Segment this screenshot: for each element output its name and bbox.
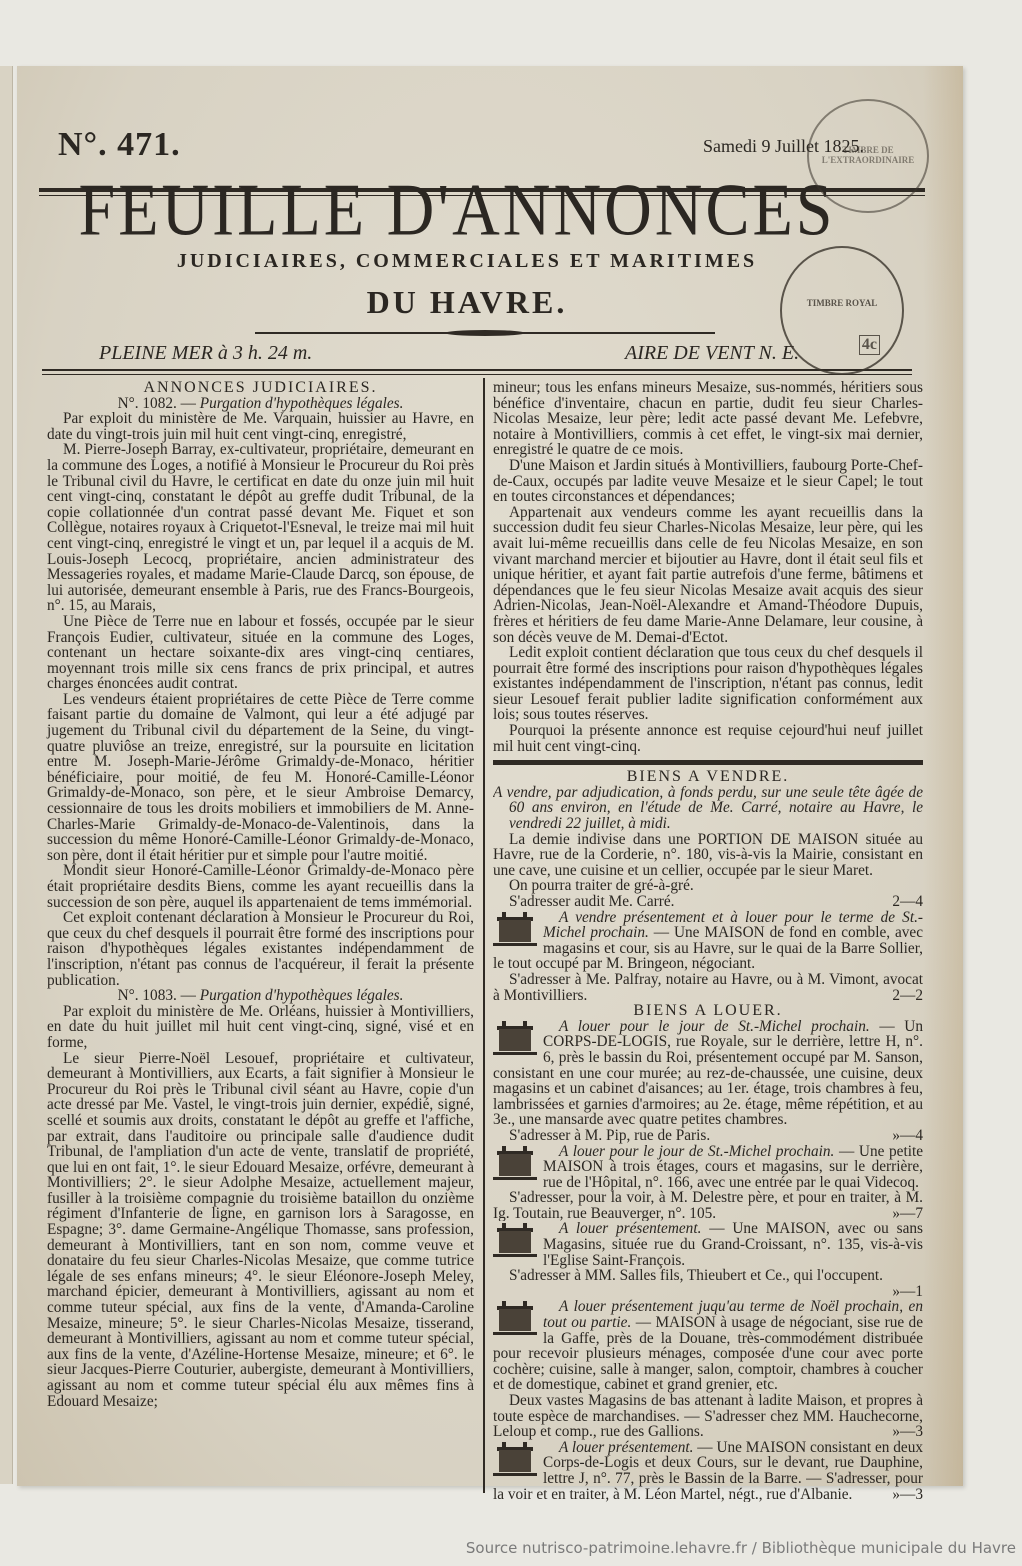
wind-info: AIRE DE VENT N. E. — [625, 342, 799, 365]
rent-ad-3: A louer présentement. — Une MAISON, avec… — [493, 1221, 923, 1299]
rent-ad-4: A louer présentement juqu'au terme de No… — [493, 1299, 923, 1439]
house-icon — [493, 1021, 537, 1057]
ad-ref: »—3 — [876, 1487, 923, 1503]
masthead-bottom-rule — [42, 369, 912, 371]
ad-contact: S'adresser, pour la voir, à M. Delestre … — [493, 1190, 923, 1221]
source-attribution: Source nutrisco-patrimoine.lehavre.fr / … — [466, 1539, 1016, 1557]
ad-ref: 2—4 — [876, 894, 923, 910]
newspaper-page: N°. 471. Samedi 9 Juillet 1825. FEUILLE … — [17, 66, 963, 1486]
left-column: ANNONCES JUDICIAIRES. N°. 1082. — Purgat… — [47, 380, 474, 1409]
ad-lead: A louer pour le jour de St.-Michel proch… — [559, 1144, 834, 1160]
house-icon — [493, 1442, 537, 1478]
ad-contact: S'adresser à MM. Salles fils, Thieubert … — [493, 1268, 923, 1284]
section-title-for-sale: BIENS A VENDRE. — [493, 769, 923, 785]
masthead-bottom-rule-thin — [42, 374, 912, 375]
house-icon — [493, 912, 537, 948]
postal-stamp-top: TIMBRE DE L'EXTRAORDINAIRE — [807, 99, 929, 213]
continuation-paragraph: Ledit exploit contient déclaration que t… — [493, 645, 923, 723]
ad-lead: A louer présentement. — [559, 1221, 701, 1237]
sale-ad-2: A vendre présentement et à louer pour le… — [493, 910, 923, 1004]
house-icon — [493, 1146, 537, 1182]
section-title-for-rent: BIENS A LOUER. — [493, 1003, 923, 1019]
notice-heading-1083: N°. 1083. — Purgation d'hypothèques léga… — [47, 988, 474, 1004]
ad-contact: S'adresser à Me. Palfray, notaire au Hav… — [493, 972, 923, 1003]
ad-lead: A louer pour le jour de St.-Michel proch… — [559, 1019, 870, 1035]
ad-body: La demie indivise dans une PORTION DE MA… — [493, 832, 923, 879]
tide-info: PLEINE MER à 3 h. 24 m. — [99, 342, 312, 365]
ad-ref: »—4 — [876, 1128, 923, 1144]
continuation-paragraph: D'une Maison et Jardin situés à Montivil… — [493, 458, 923, 505]
continuation-paragraph: mineur; tous les enfans mineurs Mesaize,… — [493, 380, 923, 458]
newspaper-city: DU HAVRE. — [57, 284, 877, 321]
notice-paragraph: Mondit sieur Honoré-Camille-Léonor Grima… — [47, 863, 474, 910]
ad-body: — Un CORPS-DE-LOGIS, rue Royale, sur le … — [493, 1019, 923, 1129]
notice-paragraph: Cet exploit contenant déclaration à Mons… — [47, 910, 474, 988]
house-icon — [493, 1223, 537, 1259]
continuation-paragraph: Pourquoi la présente annonce est requise… — [493, 723, 923, 754]
ad-ref: »—3 — [876, 1424, 923, 1440]
rent-ad-1: A louer pour le jour de St.-Michel proch… — [493, 1019, 923, 1144]
ad-ref: »—7 — [876, 1206, 923, 1222]
notice-paragraph: Par exploit du ministère de Me. Varquain… — [47, 411, 474, 442]
notice-paragraph: M. Pierre-Joseph Barray, ex-cultivateur,… — [47, 442, 474, 614]
house-icon — [493, 1301, 537, 1337]
notice-heading-1082: N°. 1082. — Purgation d'hypothèques léga… — [47, 396, 474, 412]
notice-paragraph: Par exploit du ministère de Me. Orléans,… — [47, 1004, 474, 1051]
royal-tax-stamp: TIMBRE ROYAL 4c — [780, 246, 904, 375]
right-column: mineur; tous les enfans mineurs Mesaize,… — [493, 380, 923, 1502]
issue-number: N°. 471. — [58, 126, 181, 164]
ad-extra: On pourra traiter de gré-à-gré. — [493, 878, 923, 894]
previous-page-edge — [0, 66, 13, 1484]
section-title-judicial: ANNONCES JUDICIAIRES. — [47, 380, 474, 396]
ad-lead: A vendre, par adjudication, à fonds perd… — [493, 785, 923, 832]
column-divider — [483, 378, 485, 1493]
newspaper-subtitle: JUDICIAIRES, COMMERCIALES ET MARITIMES — [57, 250, 877, 273]
sale-ad-1: A vendre, par adjudication, à fonds perd… — [493, 785, 923, 910]
ad-contact: Deux vastes Magasins de bas attenant à l… — [493, 1393, 923, 1440]
ornamental-rule — [255, 332, 715, 334]
rent-ad-2: A louer pour le jour de St.-Michel proch… — [493, 1144, 923, 1222]
notice-paragraph: Le sieur Pierre-Noël Lesouef, propriétai… — [47, 1051, 474, 1410]
section-rule — [493, 760, 923, 765]
ad-ref: 2—2 — [876, 988, 923, 1004]
continuation-paragraph: Appartenait aux vendeurs comme les ayant… — [493, 505, 923, 645]
rent-ad-5: A louer présentement. — Une MAISON consi… — [493, 1440, 923, 1502]
ad-lead: A louer présentement. — [559, 1440, 693, 1456]
notice-paragraph: Une Pièce de Terre nue en labour et foss… — [47, 614, 474, 692]
stamp-value: 4c — [859, 335, 880, 355]
ad-contact: S'adresser à M. Pip, rue de Paris.»—4 — [493, 1128, 923, 1144]
ad-body: — Une MAISON consistant en deux Corps-de… — [493, 1440, 923, 1502]
ad-contact: S'adresser audit Me. Carré.2—4 — [493, 894, 923, 910]
newspaper-title: FEUILLE D'ANNONCES — [77, 174, 837, 248]
ad-ref: »—1 — [876, 1284, 923, 1300]
notice-paragraph: Les vendeurs étaient propriétaires de ce… — [47, 692, 474, 864]
